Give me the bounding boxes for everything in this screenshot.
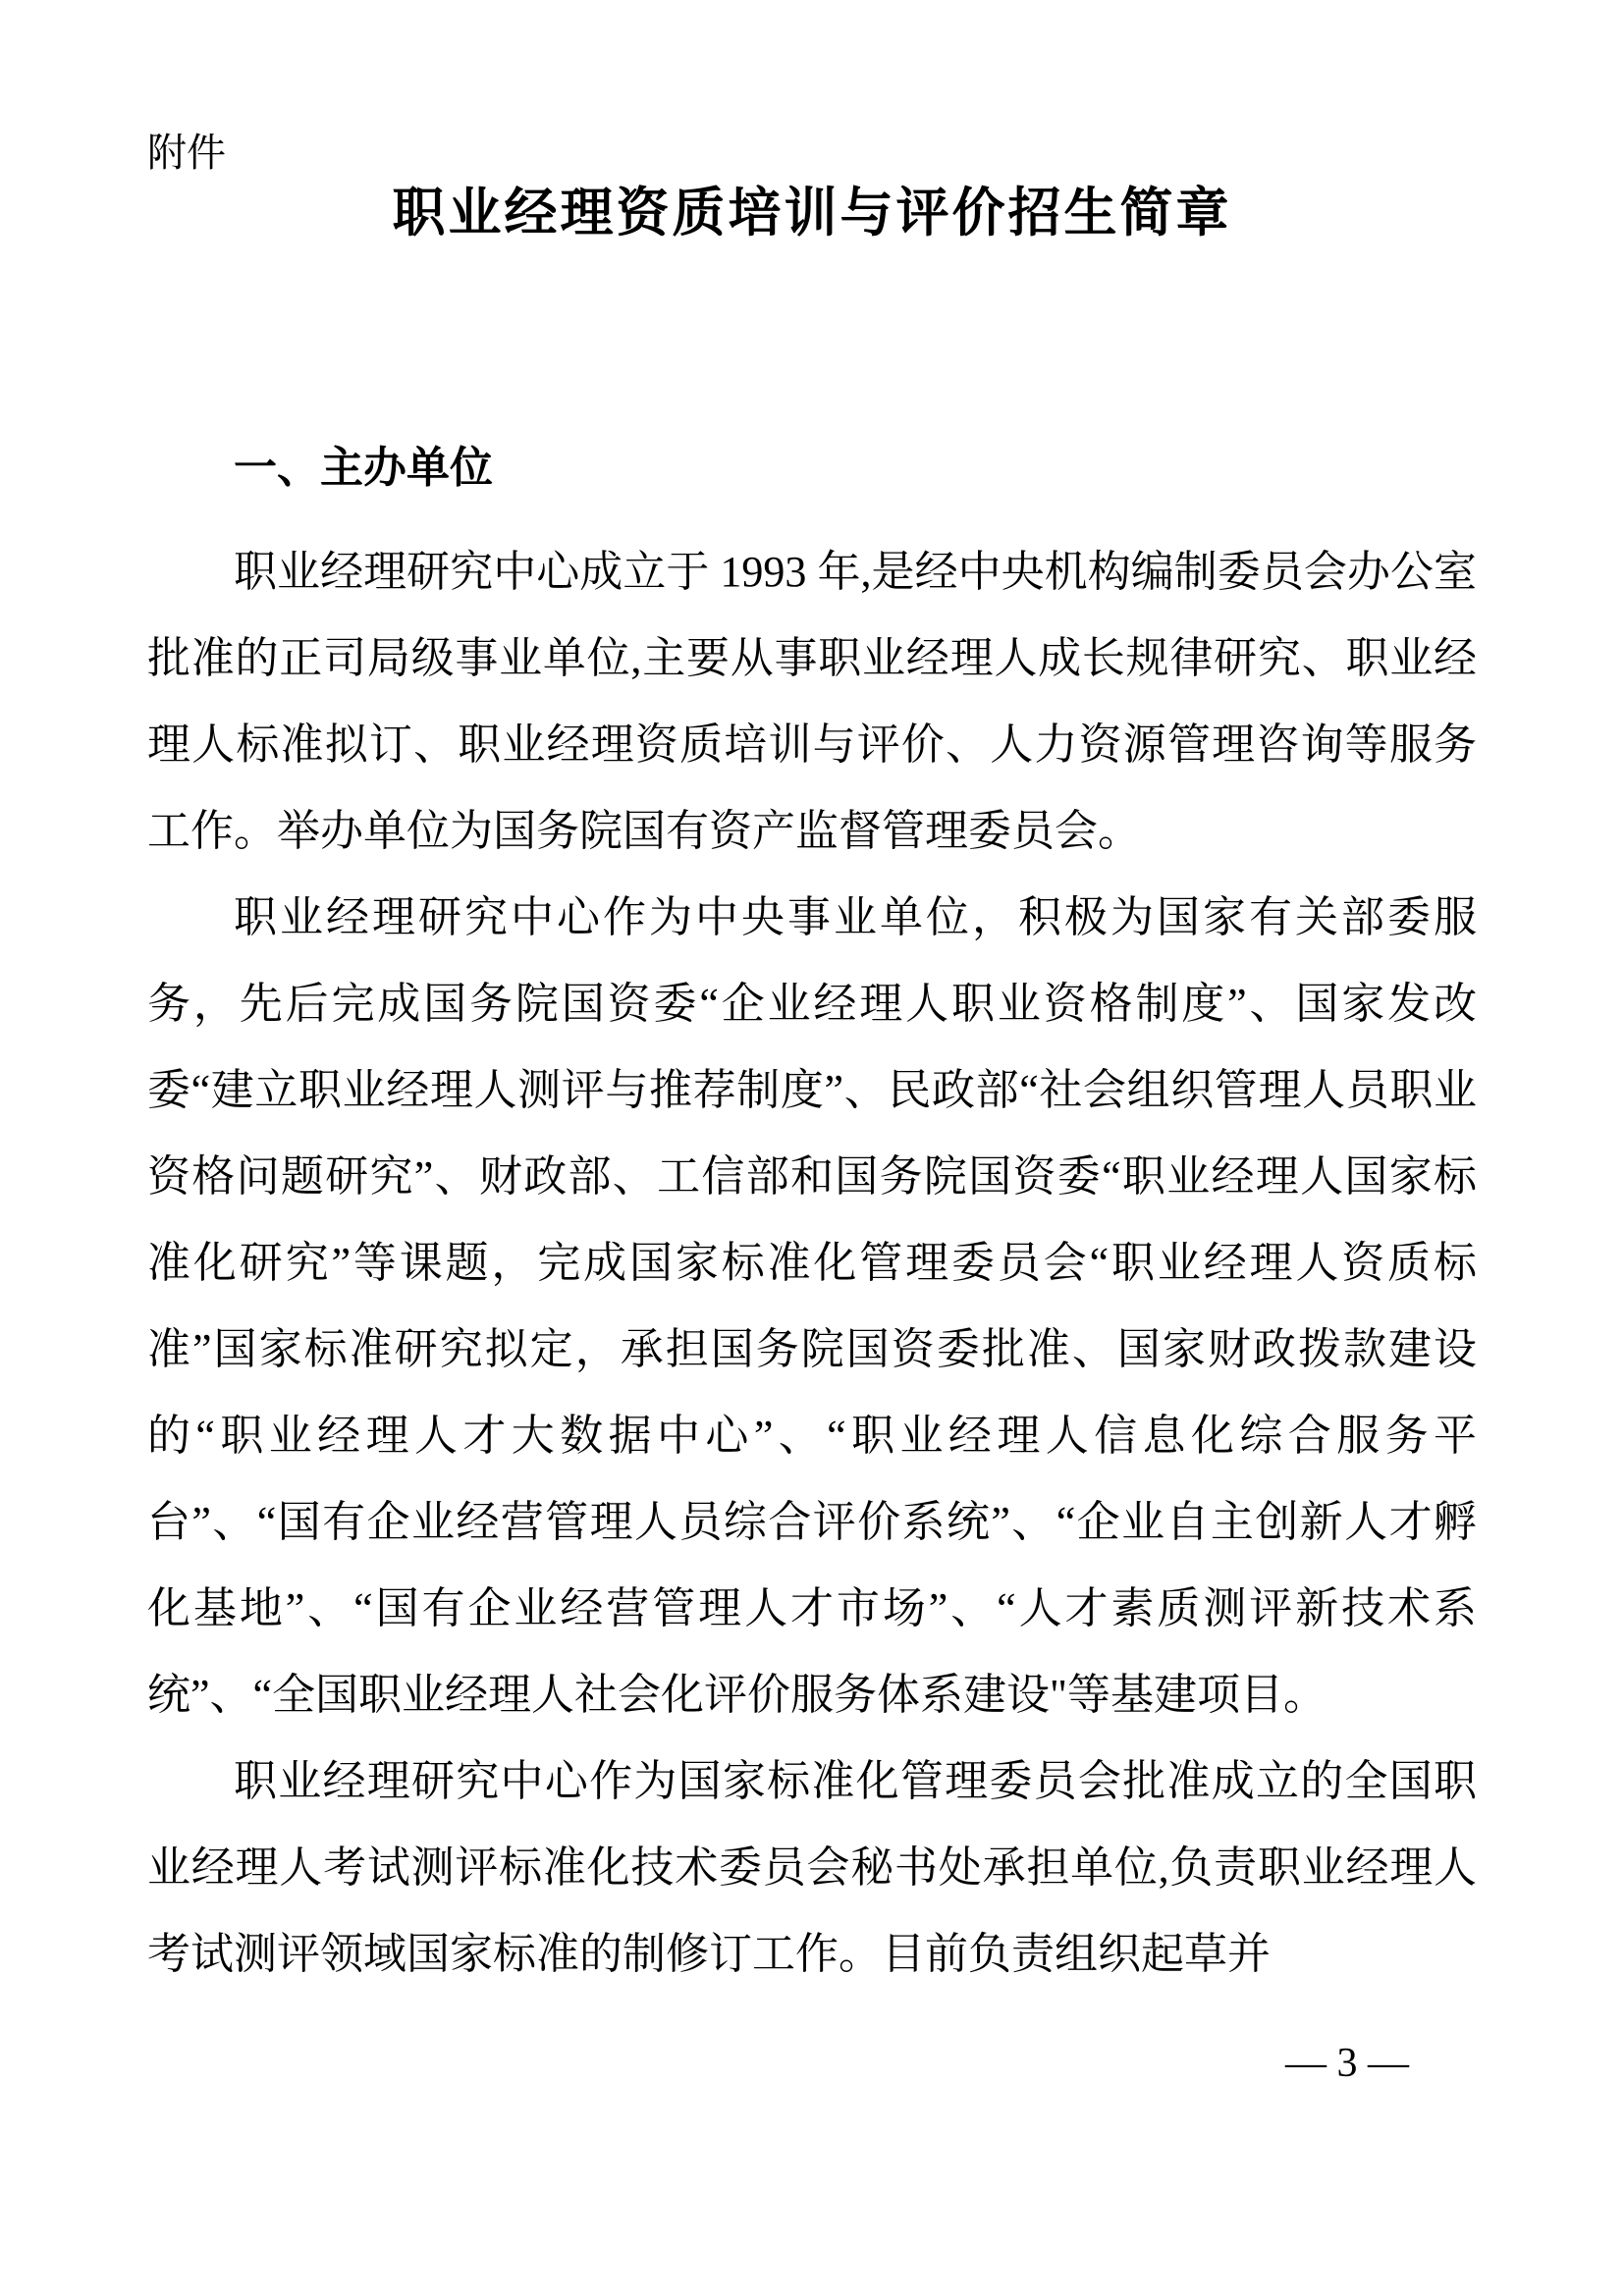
paragraph-3: 职业经理研究中心作为国家标准化管理委员会批准成立的全国职业经理人考试测评标准化技… (147, 1738, 1477, 1998)
paragraph-2: 职业经理研究中心作为中央事业单位，积极为国家有关部委服务，先后完成国务院国资委“… (147, 875, 1477, 1738)
page-number: — 3 — (1285, 2040, 1409, 2087)
attachment-label: 附件 (147, 130, 1477, 177)
document-body: 职业经理研究中心成立于 1993 年,是经中央机构编制委员会办公室批准的正司局级… (147, 529, 1477, 1998)
paragraph-1: 职业经理研究中心成立于 1993 年,是经中央机构编制委员会办公室批准的正司局级… (147, 529, 1477, 875)
document-title: 职业经理资质培训与评价招生简章 (147, 183, 1477, 243)
section-heading: 一、主办单位 (147, 444, 1477, 493)
document-page: 附件 职业经理资质培训与评价招生简章 一、主办单位 职业经理研究中心成立于 19… (0, 0, 1624, 2296)
